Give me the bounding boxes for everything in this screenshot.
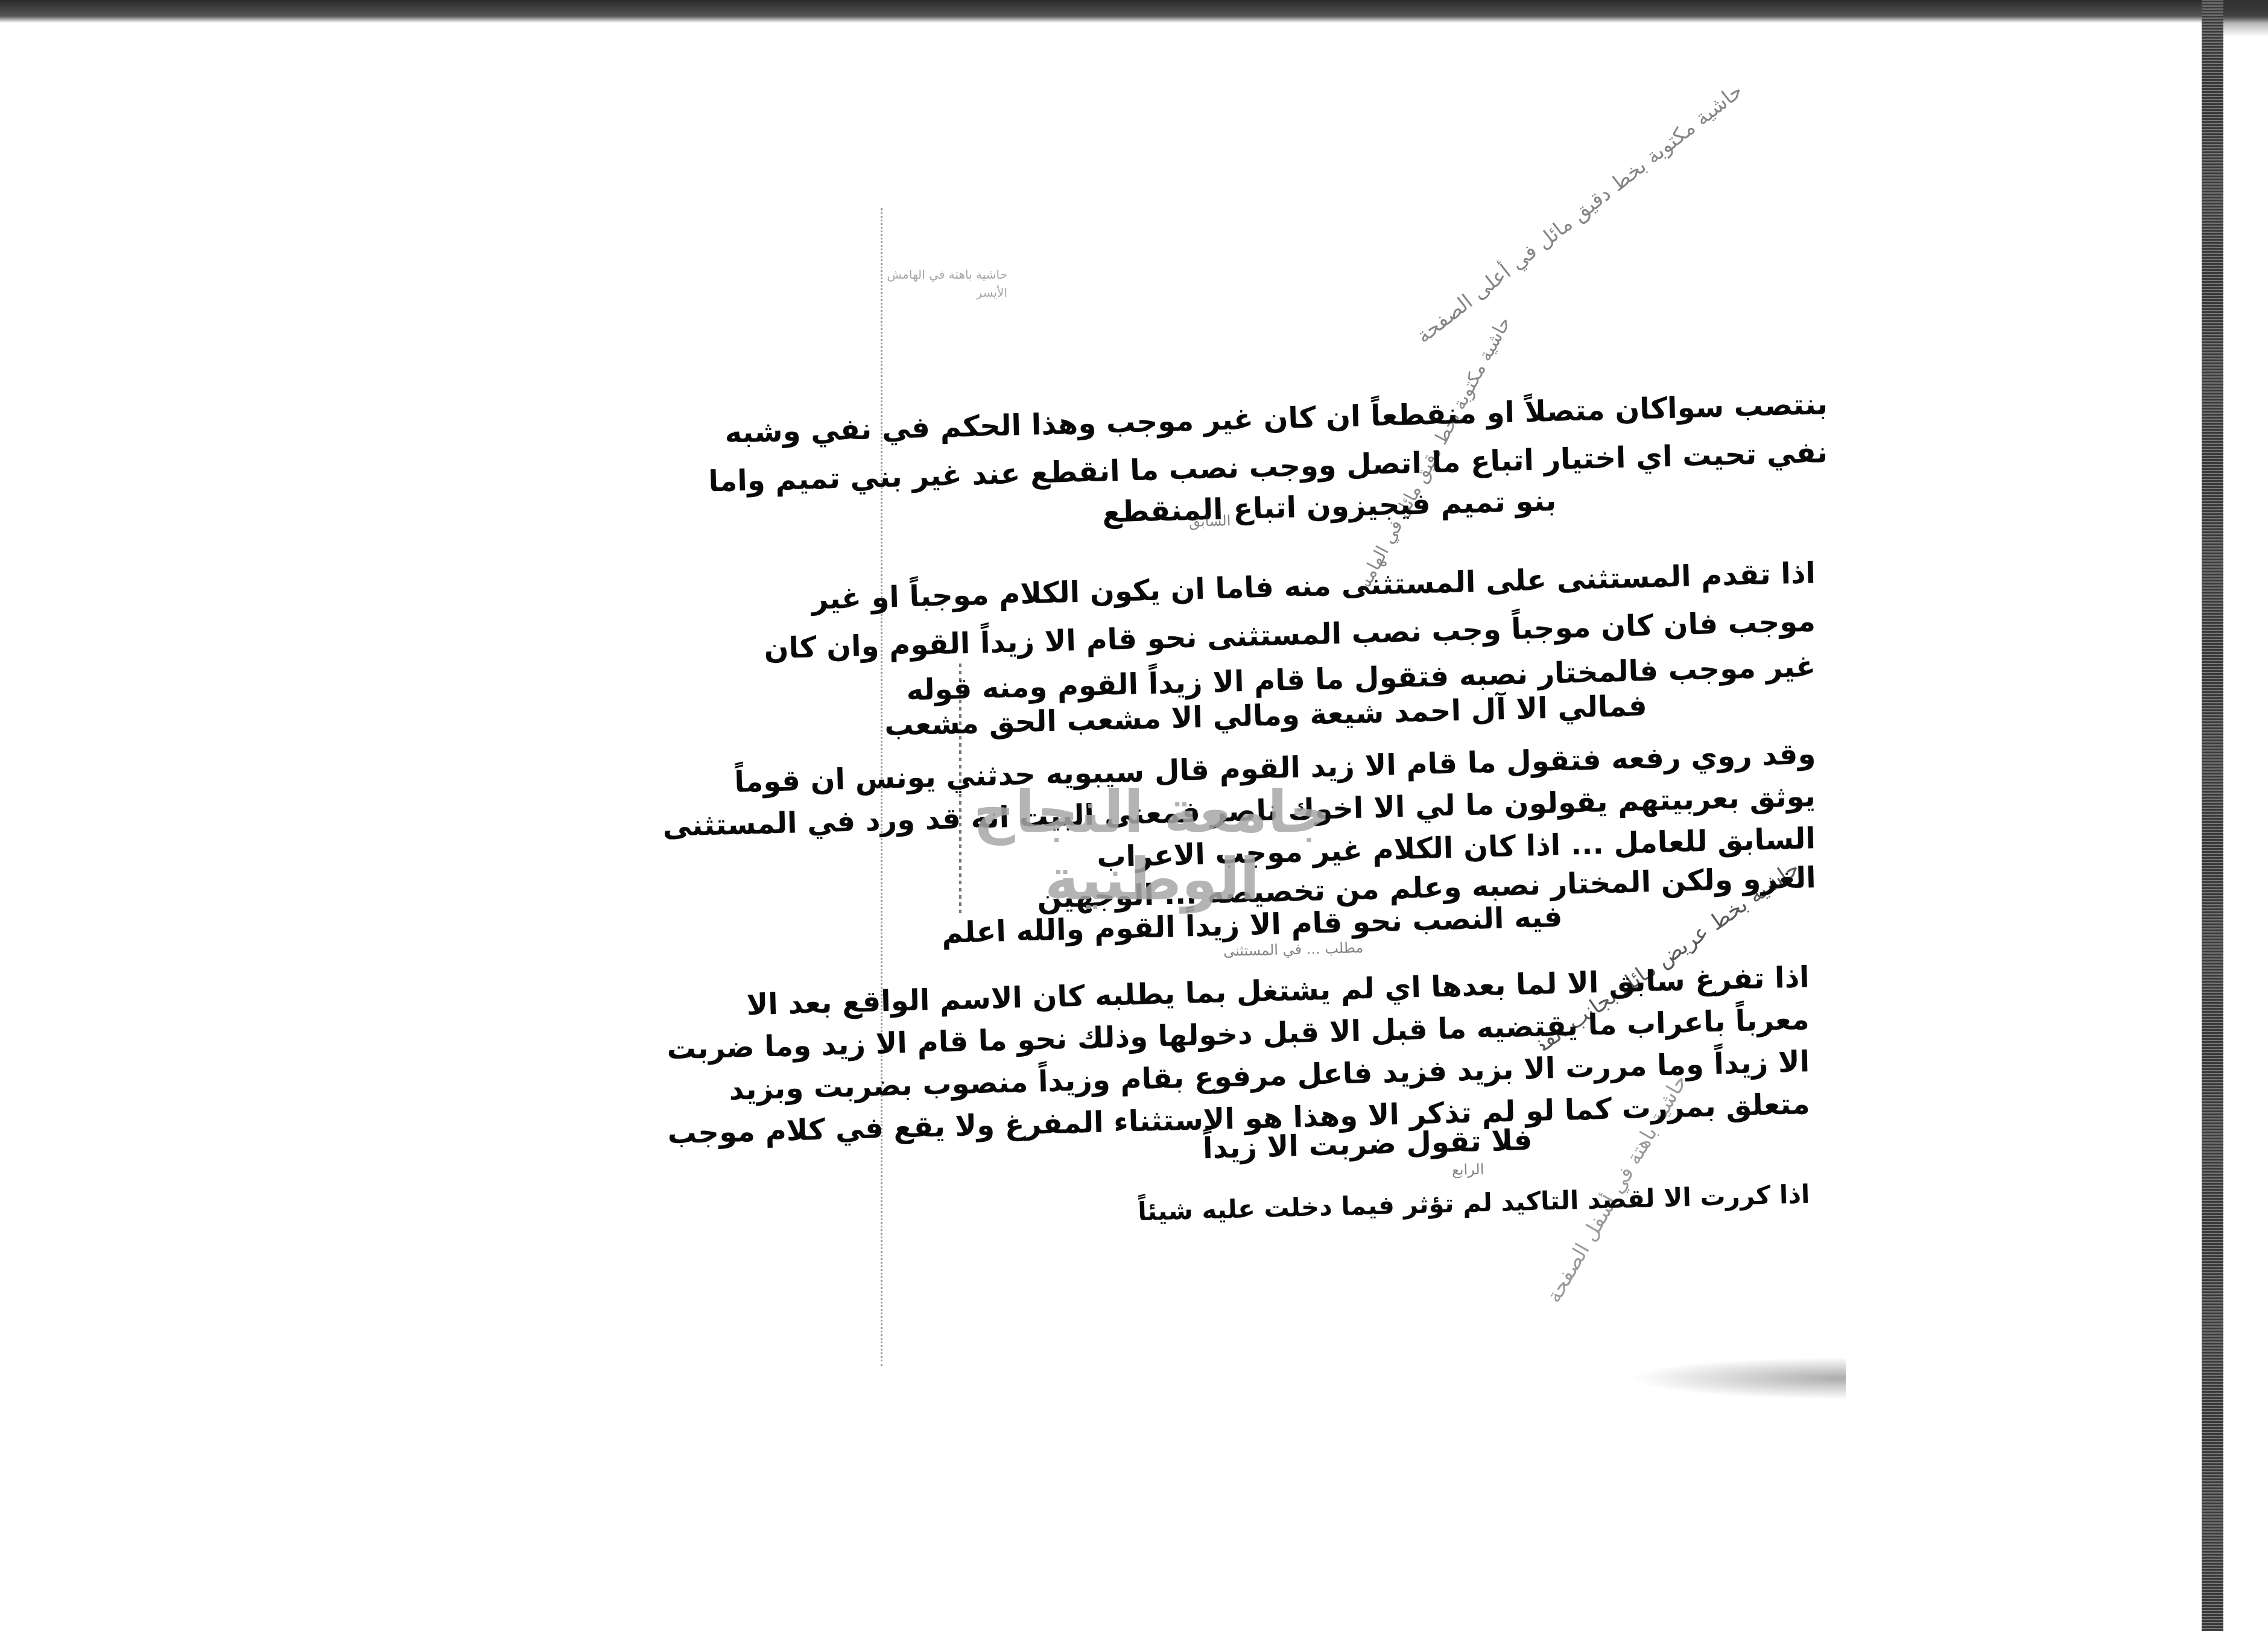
library-watermark: جامعة النجاح الوطنية	[941, 778, 1363, 913]
interlinear-note-1: السابق	[1188, 512, 1231, 530]
interlinear-note-3: الرابع	[1451, 1161, 1484, 1178]
scan-right-edge	[2202, 0, 2223, 1631]
scan-corner-shadow	[2223, 0, 2268, 36]
scan-top-edge	[0, 0, 2268, 23]
